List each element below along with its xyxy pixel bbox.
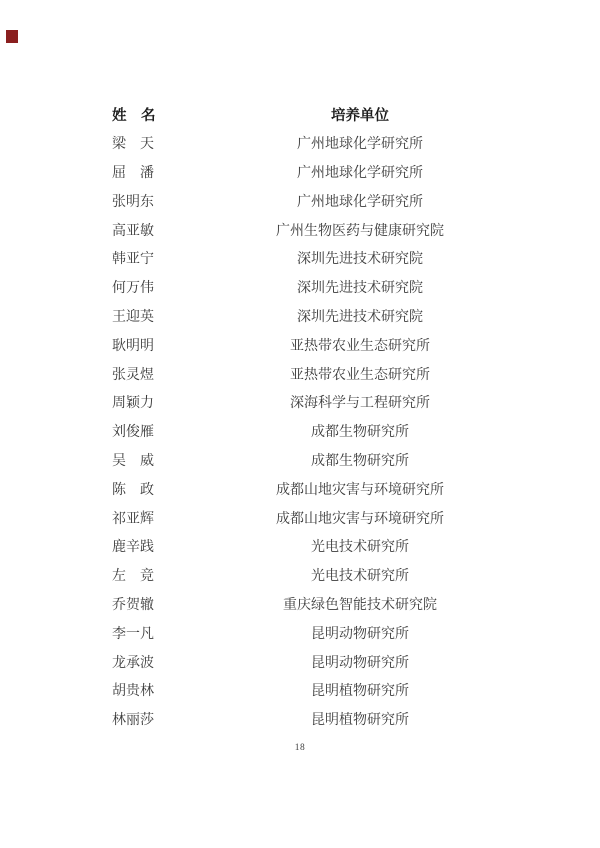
table-row: 屈 潘 广州地球化学研究所 bbox=[0, 160, 600, 189]
training-unit: 亚热带农业生态研究所 bbox=[200, 369, 520, 383]
unit-column-header: 培养单位 bbox=[200, 109, 520, 124]
table-row: 乔贺辙 重庆绿色智能技术研究院 bbox=[0, 592, 600, 621]
training-unit: 光电技术研究所 bbox=[200, 570, 520, 584]
person-name: 梁 天 bbox=[112, 138, 154, 152]
person-name: 鹿辛践 bbox=[112, 541, 154, 555]
document-page: 姓 名 培养单位 梁 天 广州地球化学研究所 屈 潘 广州地球化学研究所 张明东… bbox=[0, 0, 600, 848]
table-row: 何万伟 深圳先进技术研究院 bbox=[0, 275, 600, 304]
table-row: 吴 威 成都生物研究所 bbox=[0, 448, 600, 477]
person-name: 周颖力 bbox=[112, 397, 154, 411]
table-row: 周颖力 深海科学与工程研究所 bbox=[0, 390, 600, 419]
training-unit: 昆明动物研究所 bbox=[200, 628, 520, 642]
training-unit: 广州地球化学研究所 bbox=[200, 138, 520, 152]
training-unit: 亚热带农业生态研究所 bbox=[200, 340, 520, 354]
training-unit: 昆明动物研究所 bbox=[200, 657, 520, 671]
table-row: 高亚敏 广州生物医药与健康研究院 bbox=[0, 217, 600, 246]
red-corner-marker bbox=[6, 30, 18, 43]
person-name: 祁亚辉 bbox=[112, 513, 154, 527]
training-unit: 重庆绿色智能技术研究院 bbox=[200, 599, 520, 613]
table-row: 梁 天 广州地球化学研究所 bbox=[0, 131, 600, 160]
training-unit: 广州地球化学研究所 bbox=[200, 196, 520, 210]
table-row: 李一凡 昆明动物研究所 bbox=[0, 620, 600, 649]
person-name: 乔贺辙 bbox=[112, 599, 154, 613]
table-row: 张明东 广州地球化学研究所 bbox=[0, 188, 600, 217]
person-name: 屈 潘 bbox=[112, 167, 154, 181]
training-unit: 广州地球化学研究所 bbox=[200, 167, 520, 181]
training-unit: 昆明植物研究所 bbox=[200, 714, 520, 728]
training-unit: 成都生物研究所 bbox=[200, 455, 520, 469]
training-unit: 光电技术研究所 bbox=[200, 541, 520, 555]
person-name: 韩亚宁 bbox=[112, 253, 154, 267]
person-name: 王迎英 bbox=[112, 311, 154, 325]
name-column-header: 姓 名 bbox=[112, 109, 156, 124]
table-row: 刘俊雁 成都生物研究所 bbox=[0, 419, 600, 448]
person-name: 龙承波 bbox=[112, 657, 154, 671]
table-row: 韩亚宁 深圳先进技术研究院 bbox=[0, 246, 600, 275]
training-unit: 深圳先进技术研究院 bbox=[200, 311, 520, 325]
person-name: 吴 威 bbox=[112, 455, 154, 469]
person-name: 林丽莎 bbox=[112, 714, 154, 728]
table-row: 龙承波 昆明动物研究所 bbox=[0, 649, 600, 678]
name-unit-table: 姓 名 培养单位 梁 天 广州地球化学研究所 屈 潘 广州地球化学研究所 张明东… bbox=[0, 102, 600, 736]
table-row: 王迎英 深圳先进技术研究院 bbox=[0, 304, 600, 333]
table-row: 张灵煜 亚热带农业生态研究所 bbox=[0, 361, 600, 390]
table-row: 胡贵林 昆明植物研究所 bbox=[0, 678, 600, 707]
training-unit: 深海科学与工程研究所 bbox=[200, 397, 520, 411]
table-row: 陈 政 成都山地灾害与环境研究所 bbox=[0, 476, 600, 505]
person-name: 刘俊雁 bbox=[112, 426, 154, 440]
person-name: 耿明明 bbox=[112, 340, 154, 354]
person-name: 陈 政 bbox=[112, 484, 154, 498]
training-unit: 成都山地灾害与环境研究所 bbox=[200, 484, 520, 498]
person-name: 李一凡 bbox=[112, 628, 154, 642]
person-name: 胡贵林 bbox=[112, 685, 154, 699]
person-name: 左 竞 bbox=[112, 570, 154, 584]
person-name: 高亚敏 bbox=[112, 225, 154, 239]
table-row: 林丽莎 昆明植物研究所 bbox=[0, 707, 600, 736]
training-unit: 成都生物研究所 bbox=[200, 426, 520, 440]
training-unit: 深圳先进技术研究院 bbox=[200, 253, 520, 267]
table-row: 祁亚辉 成都山地灾害与环境研究所 bbox=[0, 505, 600, 534]
table-row: 鹿辛践 光电技术研究所 bbox=[0, 534, 600, 563]
table-row: 耿明明 亚热带农业生态研究所 bbox=[0, 332, 600, 361]
person-name: 何万伟 bbox=[112, 282, 154, 296]
training-unit: 成都山地灾害与环境研究所 bbox=[200, 513, 520, 527]
training-unit: 深圳先进技术研究院 bbox=[200, 282, 520, 296]
table-header-row: 姓 名 培养单位 bbox=[0, 102, 600, 131]
page-number: 18 bbox=[0, 743, 600, 753]
table-row: 左 竞 光电技术研究所 bbox=[0, 563, 600, 592]
training-unit: 广州生物医药与健康研究院 bbox=[200, 225, 520, 239]
person-name: 张明东 bbox=[112, 196, 154, 210]
training-unit: 昆明植物研究所 bbox=[200, 685, 520, 699]
table-body: 梁 天 广州地球化学研究所 屈 潘 广州地球化学研究所 张明东 广州地球化学研究… bbox=[0, 131, 600, 736]
person-name: 张灵煜 bbox=[112, 369, 154, 383]
